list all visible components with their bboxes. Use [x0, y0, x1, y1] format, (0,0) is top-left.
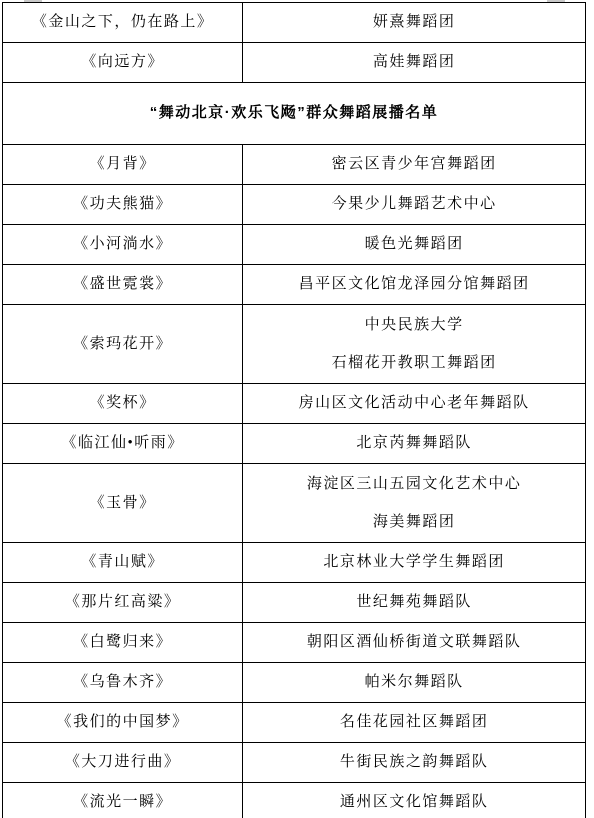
- table-row: 《白鹭归来》 朝阳区酒仙桥街道文联舞蹈队: [3, 623, 586, 663]
- troupe-cell: 今果少儿舞蹈艺术中心: [243, 185, 586, 225]
- troupe-cell: 高娃舞蹈团: [243, 43, 586, 83]
- table-row: 《金山之下，仍在路上》 妍熹舞蹈团: [3, 3, 586, 43]
- troupe-cell: 妍熹舞蹈团: [243, 3, 586, 43]
- table-row: 《小河淌水》 暖色光舞蹈团: [3, 225, 586, 265]
- title-cell: 《我们的中国梦》: [3, 703, 243, 743]
- title-cell: 《白鹭归来》: [3, 623, 243, 663]
- table-row: 《索玛花开》 中央民族大学 石榴花开教职工舞蹈团: [3, 305, 586, 384]
- table-row: 《临江仙•听雨》 北京芮舞舞蹈队: [3, 424, 586, 464]
- troupe-cell: 中央民族大学 石榴花开教职工舞蹈团: [243, 305, 586, 384]
- title-cell: 《月背》: [3, 145, 243, 185]
- troupe-line: 中央民族大学: [243, 306, 585, 344]
- title-cell: 《乌鲁木齐》: [3, 663, 243, 703]
- table-row: 《乌鲁木齐》 帕米尔舞蹈队: [3, 663, 586, 703]
- title-cell: 《金山之下，仍在路上》: [3, 3, 243, 43]
- title-cell: 《流光一瞬》: [3, 783, 243, 818]
- document-page: { "section_title": "“舞动北京·欢乐飞飏”群众舞蹈展播名单"…: [0, 0, 594, 818]
- troupe-cell: 通州区文化馆舞蹈队: [243, 783, 586, 818]
- table-row: 《青山赋》 北京林业大学学生舞蹈团: [3, 543, 586, 583]
- table-row: 《流光一瞬》 通州区文化馆舞蹈队: [3, 783, 586, 818]
- troupe-cell: 名佳花园社区舞蹈团: [243, 703, 586, 743]
- title-cell: 《临江仙•听雨》: [3, 424, 243, 464]
- troupe-cell: 帕米尔舞蹈队: [243, 663, 586, 703]
- section-title: “舞动北京·欢乐飞飏”群众舞蹈展播名单: [3, 83, 586, 145]
- troupe-cell: 暖色光舞蹈团: [243, 225, 586, 265]
- title-cell: 《盛世霓裳》: [3, 265, 243, 305]
- title-cell: 《奖杯》: [3, 384, 243, 424]
- troupe-cell: 牛街民族之韵舞蹈队: [243, 743, 586, 783]
- troupe-cell: 世纪舞苑舞蹈队: [243, 583, 586, 623]
- troupe-cell: 朝阳区酒仙桥街道文联舞蹈队: [243, 623, 586, 663]
- table-row: 《盛世霓裳》 昌平区文化馆龙泽园分馆舞蹈团: [3, 265, 586, 305]
- title-cell: 《功夫熊猫》: [3, 185, 243, 225]
- table-row: 《玉骨》 海淀区三山五园文化艺术中心 海美舞蹈团: [3, 464, 586, 543]
- troupe-cell: 北京林业大学学生舞蹈团: [243, 543, 586, 583]
- title-cell: 《向远方》: [3, 43, 243, 83]
- dance-list-table: 《金山之下，仍在路上》 妍熹舞蹈团 《向远方》 高娃舞蹈团 “舞动北京·欢乐飞飏…: [2, 2, 586, 818]
- table-row: 《向远方》 高娃舞蹈团: [3, 43, 586, 83]
- troupe-cell: 海淀区三山五园文化艺术中心 海美舞蹈团: [243, 464, 586, 543]
- table-row: 《大刀进行曲》 牛街民族之韵舞蹈队: [3, 743, 586, 783]
- troupe-line: 海淀区三山五园文化艺术中心: [243, 465, 585, 503]
- troupe-cell: 密云区青少年宫舞蹈团: [243, 145, 586, 185]
- section-header-row: “舞动北京·欢乐飞飏”群众舞蹈展播名单: [3, 83, 586, 145]
- title-cell: 《小河淌水》: [3, 225, 243, 265]
- title-cell: 《大刀进行曲》: [3, 743, 243, 783]
- troupe-cell: 昌平区文化馆龙泽园分馆舞蹈团: [243, 265, 586, 305]
- troupe-line: 石榴花开教职工舞蹈团: [243, 344, 585, 382]
- title-cell: 《青山赋》: [3, 543, 243, 583]
- table-row: 《我们的中国梦》 名佳花园社区舞蹈团: [3, 703, 586, 743]
- troupe-line: 海美舞蹈团: [243, 503, 585, 541]
- table-row: 《月背》 密云区青少年宫舞蹈团: [3, 145, 586, 185]
- table-row: 《功夫熊猫》 今果少儿舞蹈艺术中心: [3, 185, 586, 225]
- table-row: 《奖杯》 房山区文化活动中心老年舞蹈队: [3, 384, 586, 424]
- title-cell: 《玉骨》: [3, 464, 243, 543]
- troupe-cell: 北京芮舞舞蹈队: [243, 424, 586, 464]
- troupe-cell: 房山区文化活动中心老年舞蹈队: [243, 384, 586, 424]
- table-row: 《那片红高粱》 世纪舞苑舞蹈队: [3, 583, 586, 623]
- title-cell: 《那片红高粱》: [3, 583, 243, 623]
- title-cell: 《索玛花开》: [3, 305, 243, 384]
